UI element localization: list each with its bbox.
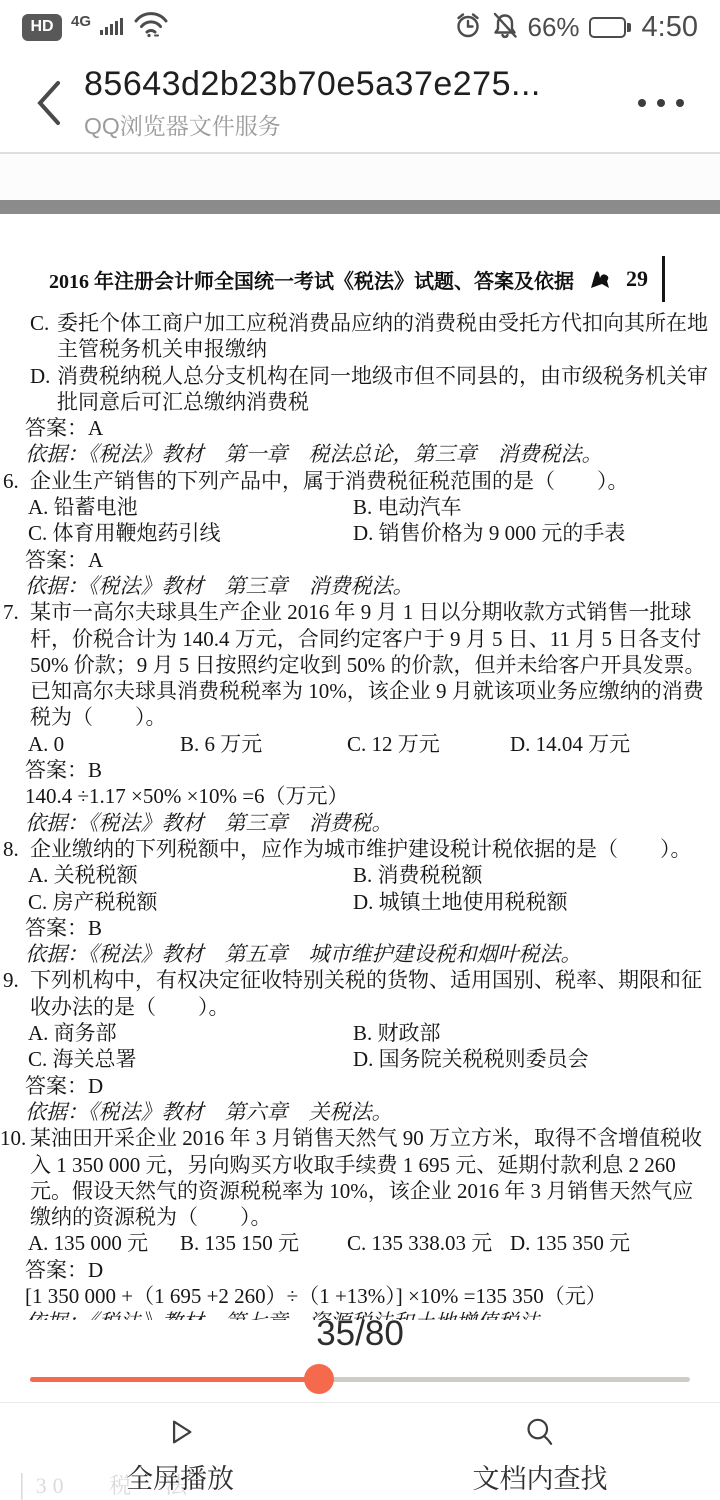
- doc-title: 2016 年注册会计师全国统一考试《税法》试题、答案及依据: [49, 265, 574, 294]
- slider-fill: [30, 1377, 319, 1382]
- q9-basis: 依据：《税法》教材 第六章 关税法。: [0, 1099, 720, 1125]
- chevron-left-icon: [34, 78, 62, 128]
- file-source-subtitle: QQ浏览器文件服务: [84, 108, 541, 141]
- publisher-logo-icon: [588, 267, 612, 291]
- doc-header-rule: [662, 256, 665, 302]
- q5-answer: 答案：A: [0, 415, 720, 441]
- doc-body: C. 委托个体工商户加工应税消费品应纳的消费税由受托方代扣向其所在地主管税务机关…: [0, 310, 720, 1320]
- q9-options: A. 商务部 B. 财政部 C. 海关总署 D. 国务院关税税则委员会: [0, 1020, 720, 1073]
- clock-label: 4:50: [642, 11, 698, 44]
- play-icon: [157, 1415, 203, 1449]
- q8-answer: 答案：B: [0, 915, 720, 941]
- battery-percent-label: 66%: [528, 12, 580, 43]
- signal-strength-icon: [100, 13, 124, 42]
- q5-basis: 依据：《税法》教材 第一章 税法总论，第三章 消费税法。: [0, 441, 720, 467]
- more-menu-button[interactable]: [638, 99, 684, 107]
- battery-icon: [589, 16, 633, 38]
- pdf-page[interactable]: 2016 年注册会计师全国统一考试《税法》试题、答案及依据 29 C. 委托个体…: [0, 214, 720, 1496]
- page-separator-bar: [0, 200, 720, 214]
- q8-basis: 依据：《税法》教材 第五章 城市维护建设税和烟叶税法。: [0, 941, 720, 967]
- progress-slider[interactable]: [30, 1364, 690, 1394]
- doc-page-header: 2016 年注册会计师全国统一考试《税法》试题、答案及依据 29: [49, 256, 665, 302]
- search-in-doc-label: 文档内查找: [473, 1457, 608, 1496]
- q6-stem: 6. 企业生产销售的下列产品中，属于消费税征税范围的是（ ）。: [0, 468, 720, 494]
- q7-formula: 140.4 ÷1.17 ×50% ×10% =6（万元）: [0, 783, 720, 809]
- search-icon: [517, 1415, 563, 1449]
- q7-basis: 依据：《税法》教材 第三章 消费税。: [0, 810, 720, 836]
- doc-page-number: 29: [626, 266, 648, 292]
- q6-answer: 答案：A: [0, 547, 720, 573]
- q10-formula: [1 350 000 +（1 695 +2 260）÷（1 +13%）] ×10…: [0, 1283, 720, 1309]
- hd-voice-icon: HD: [22, 14, 62, 41]
- q6-basis: 依据：《税法》教材 第三章 消费税法。: [0, 573, 720, 599]
- viewer-gap: [0, 154, 720, 200]
- wifi-icon: [133, 11, 169, 44]
- alarm-icon: [454, 11, 482, 44]
- network-type-label: 4G: [71, 13, 91, 30]
- q10-options: A. 135 000 元 B. 135 150 元 C. 135 338.03 …: [0, 1230, 720, 1256]
- fullscreen-play-label: 全屏播放: [126, 1457, 234, 1496]
- q9-stem: 9. 下列机构中，有权决定征收特别关税的货物、适用国别、税率、期限和征收办法的是…: [0, 967, 720, 1020]
- q9-answer: 答案：D: [0, 1073, 720, 1099]
- q6-options: A. 铅蓄电池 B. 电动汽车 C. 体育用鞭炮药引线 D. 销售价格为 9 0…: [0, 494, 720, 547]
- mute-bell-icon: [491, 11, 519, 44]
- file-title: 85643d2b23b70e5a37e275...: [84, 65, 541, 104]
- back-button[interactable]: [34, 75, 68, 131]
- slider-thumb[interactable]: [304, 1364, 334, 1394]
- search-in-doc-button[interactable]: 文档内查找: [360, 1403, 720, 1496]
- q7-answer: 答案：B: [0, 757, 720, 783]
- page-indicator: 35/80: [0, 1314, 720, 1354]
- status-bar: HD 4G: [0, 0, 720, 54]
- q8-stem: 8. 企业缴纳的下列税额中，应作为城市维护建设税计税依据的是（ ）。: [0, 836, 720, 862]
- app-header: 85643d2b23b70e5a37e275... QQ浏览器文件服务: [0, 54, 720, 152]
- q10-stem: 10. 某油田开采企业 2016 年 3 月销售天然气 90 万立方米，取得不含…: [0, 1125, 720, 1230]
- q5-option-c: C. 委托个体工商户加工应税消费品应纳的消费税由受托方代扣向其所在地主管税务机关…: [0, 310, 720, 363]
- q7-options: A. 0 B. 6 万元 C. 12 万元 D. 14.04 万元: [0, 731, 720, 757]
- q5-option-d: D. 消费税纳税人总分支机构在同一地级市但不同县的，由市级税务机关审批同意后可汇…: [0, 363, 720, 416]
- q10-answer: 答案：D: [0, 1257, 720, 1283]
- fullscreen-play-button[interactable]: 全屏播放: [0, 1403, 360, 1496]
- q7-stem: 7. 某市一高尔夫球具生产企业 2016 年 9 月 1 日以分期收款方式销售一…: [0, 599, 720, 730]
- q8-options: A. 关税税额 B. 消费税税额 C. 房产税税额 D. 城镇土地使用税税额: [0, 862, 720, 915]
- bottom-toolbar: 全屏播放 文档内查找 │30 税 法: [0, 1402, 720, 1496]
